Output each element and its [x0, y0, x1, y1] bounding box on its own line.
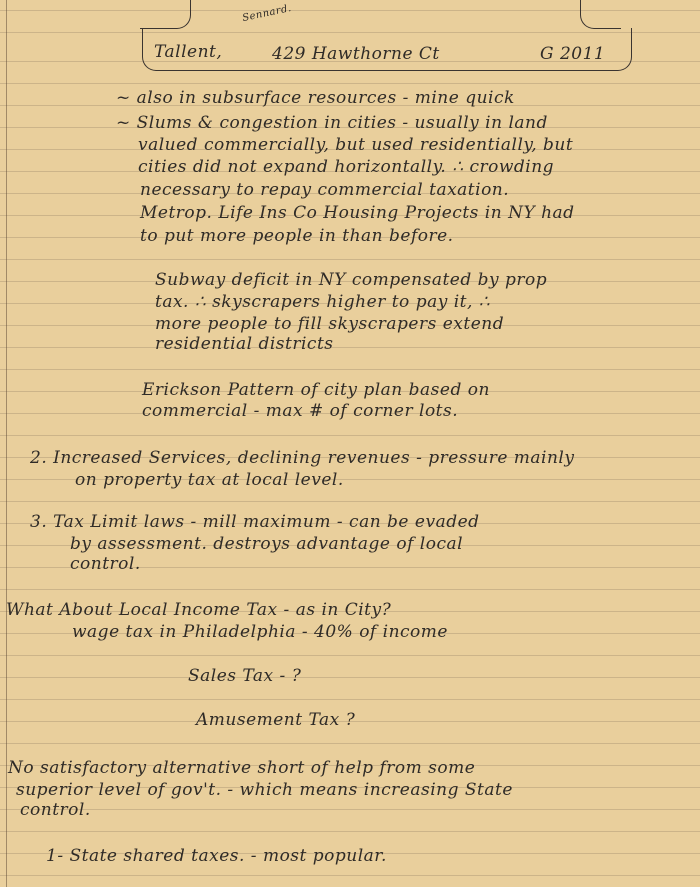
note-line: cities did not expand horizontally. ∴ cr… [138, 157, 554, 177]
note-line: ~ also in subsurface resources - mine qu… [116, 88, 515, 108]
label-frame-left-tab [140, 0, 191, 29]
note-line: control. [70, 554, 141, 574]
note-line: necessary to repay commercial taxation. [140, 180, 509, 200]
note-line: tax. ∴ skyscrapers higher to pay it, ∴ [155, 292, 490, 312]
note-line: control. [20, 800, 91, 820]
ruled-paper-page: Sennard. Tallent, 429 Hawthorne Ct G 201… [0, 0, 700, 887]
note-line: Erickson Pattern of city plan based on [142, 380, 490, 400]
header-address: 429 Hawthorne Ct [272, 44, 440, 64]
note-line: more people to fill skyscrapers extend [155, 314, 504, 334]
note-line: by assessment. destroys advantage of loc… [70, 534, 463, 554]
note-line: wage tax in Philadelphia - 40% of income [72, 622, 448, 642]
note-line: 2. Increased Services, declining revenue… [30, 448, 574, 468]
header-code: G 2011 [540, 44, 605, 64]
note-line: Subway deficit in NY compensated by prop [155, 270, 547, 290]
note-line: commercial - max # of corner lots. [142, 401, 458, 421]
note-line: residential districts [155, 334, 334, 354]
note-line: Sales Tax - ? [188, 666, 301, 686]
note-line: Amusement Tax ? [196, 710, 355, 730]
note-line: 3. Tax Limit laws - mill maximum - can b… [30, 512, 480, 532]
note-line: No satisfactory alternative short of hel… [8, 758, 475, 778]
note-line: on property tax at local level. [75, 470, 344, 490]
note-line: ~ Slums & congestion in cities - usually… [116, 113, 548, 133]
note-line: Metrop. Life Ins Co Housing Projects in … [140, 203, 575, 223]
note-line: superior level of gov't. - which means i… [16, 780, 513, 800]
margin-line [6, 0, 7, 887]
note-line: What About Local Income Tax - as in City… [6, 600, 391, 620]
header-annotation: Sennard. [241, 3, 292, 24]
header-name: Tallent, [154, 42, 222, 62]
label-frame-right-tab [580, 0, 621, 29]
note-line: 1- State shared taxes. - most popular. [46, 846, 387, 866]
note-line: valued commercially, but used residentia… [138, 135, 573, 155]
note-line: to put more people in than before. [140, 226, 454, 246]
